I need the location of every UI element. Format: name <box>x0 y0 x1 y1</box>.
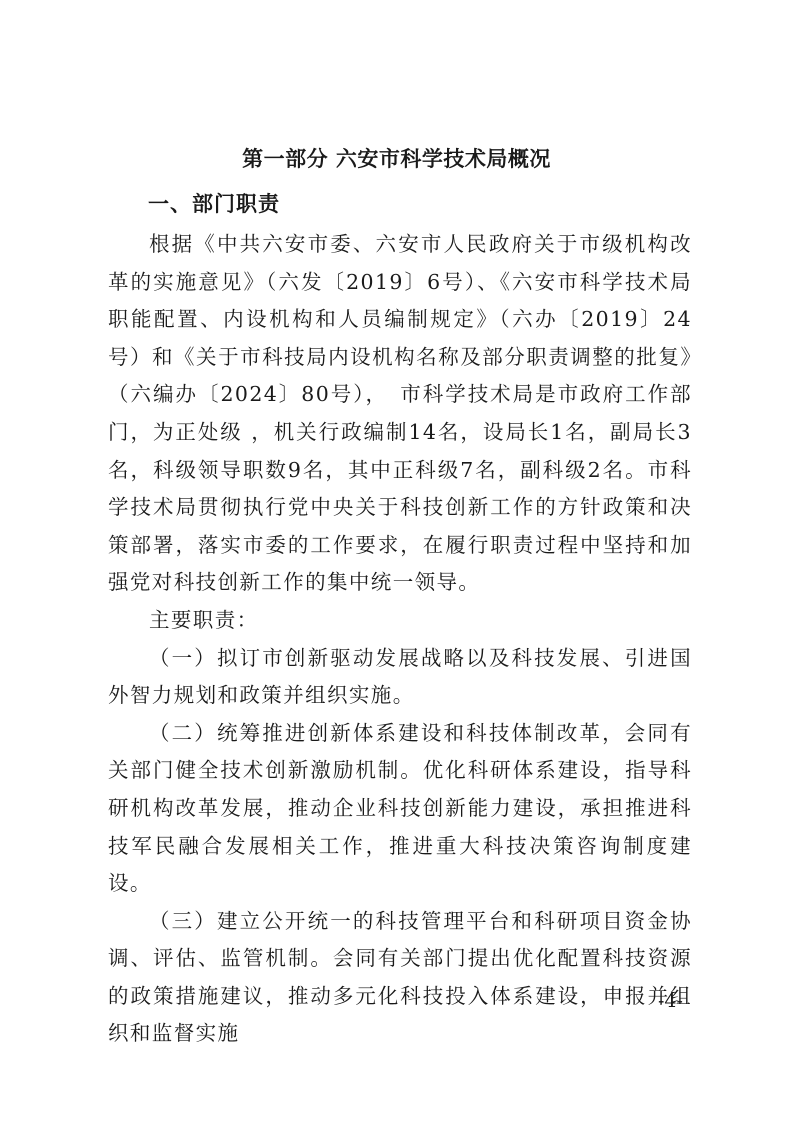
section-heading: 一、部门职责 <box>148 188 280 218</box>
paragraph-mandate: 根据《中共六安市委、六安市人民政府关于市级机构改革的实施意见》（六发〔2019〕… <box>108 226 692 602</box>
paragraph-main-duties-label: 主要职责： <box>108 602 692 640</box>
document-title: 第一部分 六安市科学技术局概况 <box>0 143 793 173</box>
paragraph-duty-3: （三）建立公开统一的科技管理平台和科研项目资金协调、评估、监管机制。会同有关部门… <box>108 903 692 1053</box>
page-number: -4- <box>658 990 683 1012</box>
document-body: 根据《中共六安市委、六安市人民政府关于市级机构改革的实施意见》（六发〔2019〕… <box>108 226 692 1053</box>
paragraph-duty-2: （二）统筹推进创新体系建设和科技体制改革，会同有关部门健全技术创新激励机制。优化… <box>108 715 692 903</box>
paragraph-duty-1: （一）拟订市创新驱动发展战略以及科技发展、引进国外智力规划和政策并组织实施。 <box>108 640 692 715</box>
document-page: 第一部分 六安市科学技术局概况 一、部门职责 根据《中共六安市委、六安市人民政府… <box>0 0 793 1122</box>
